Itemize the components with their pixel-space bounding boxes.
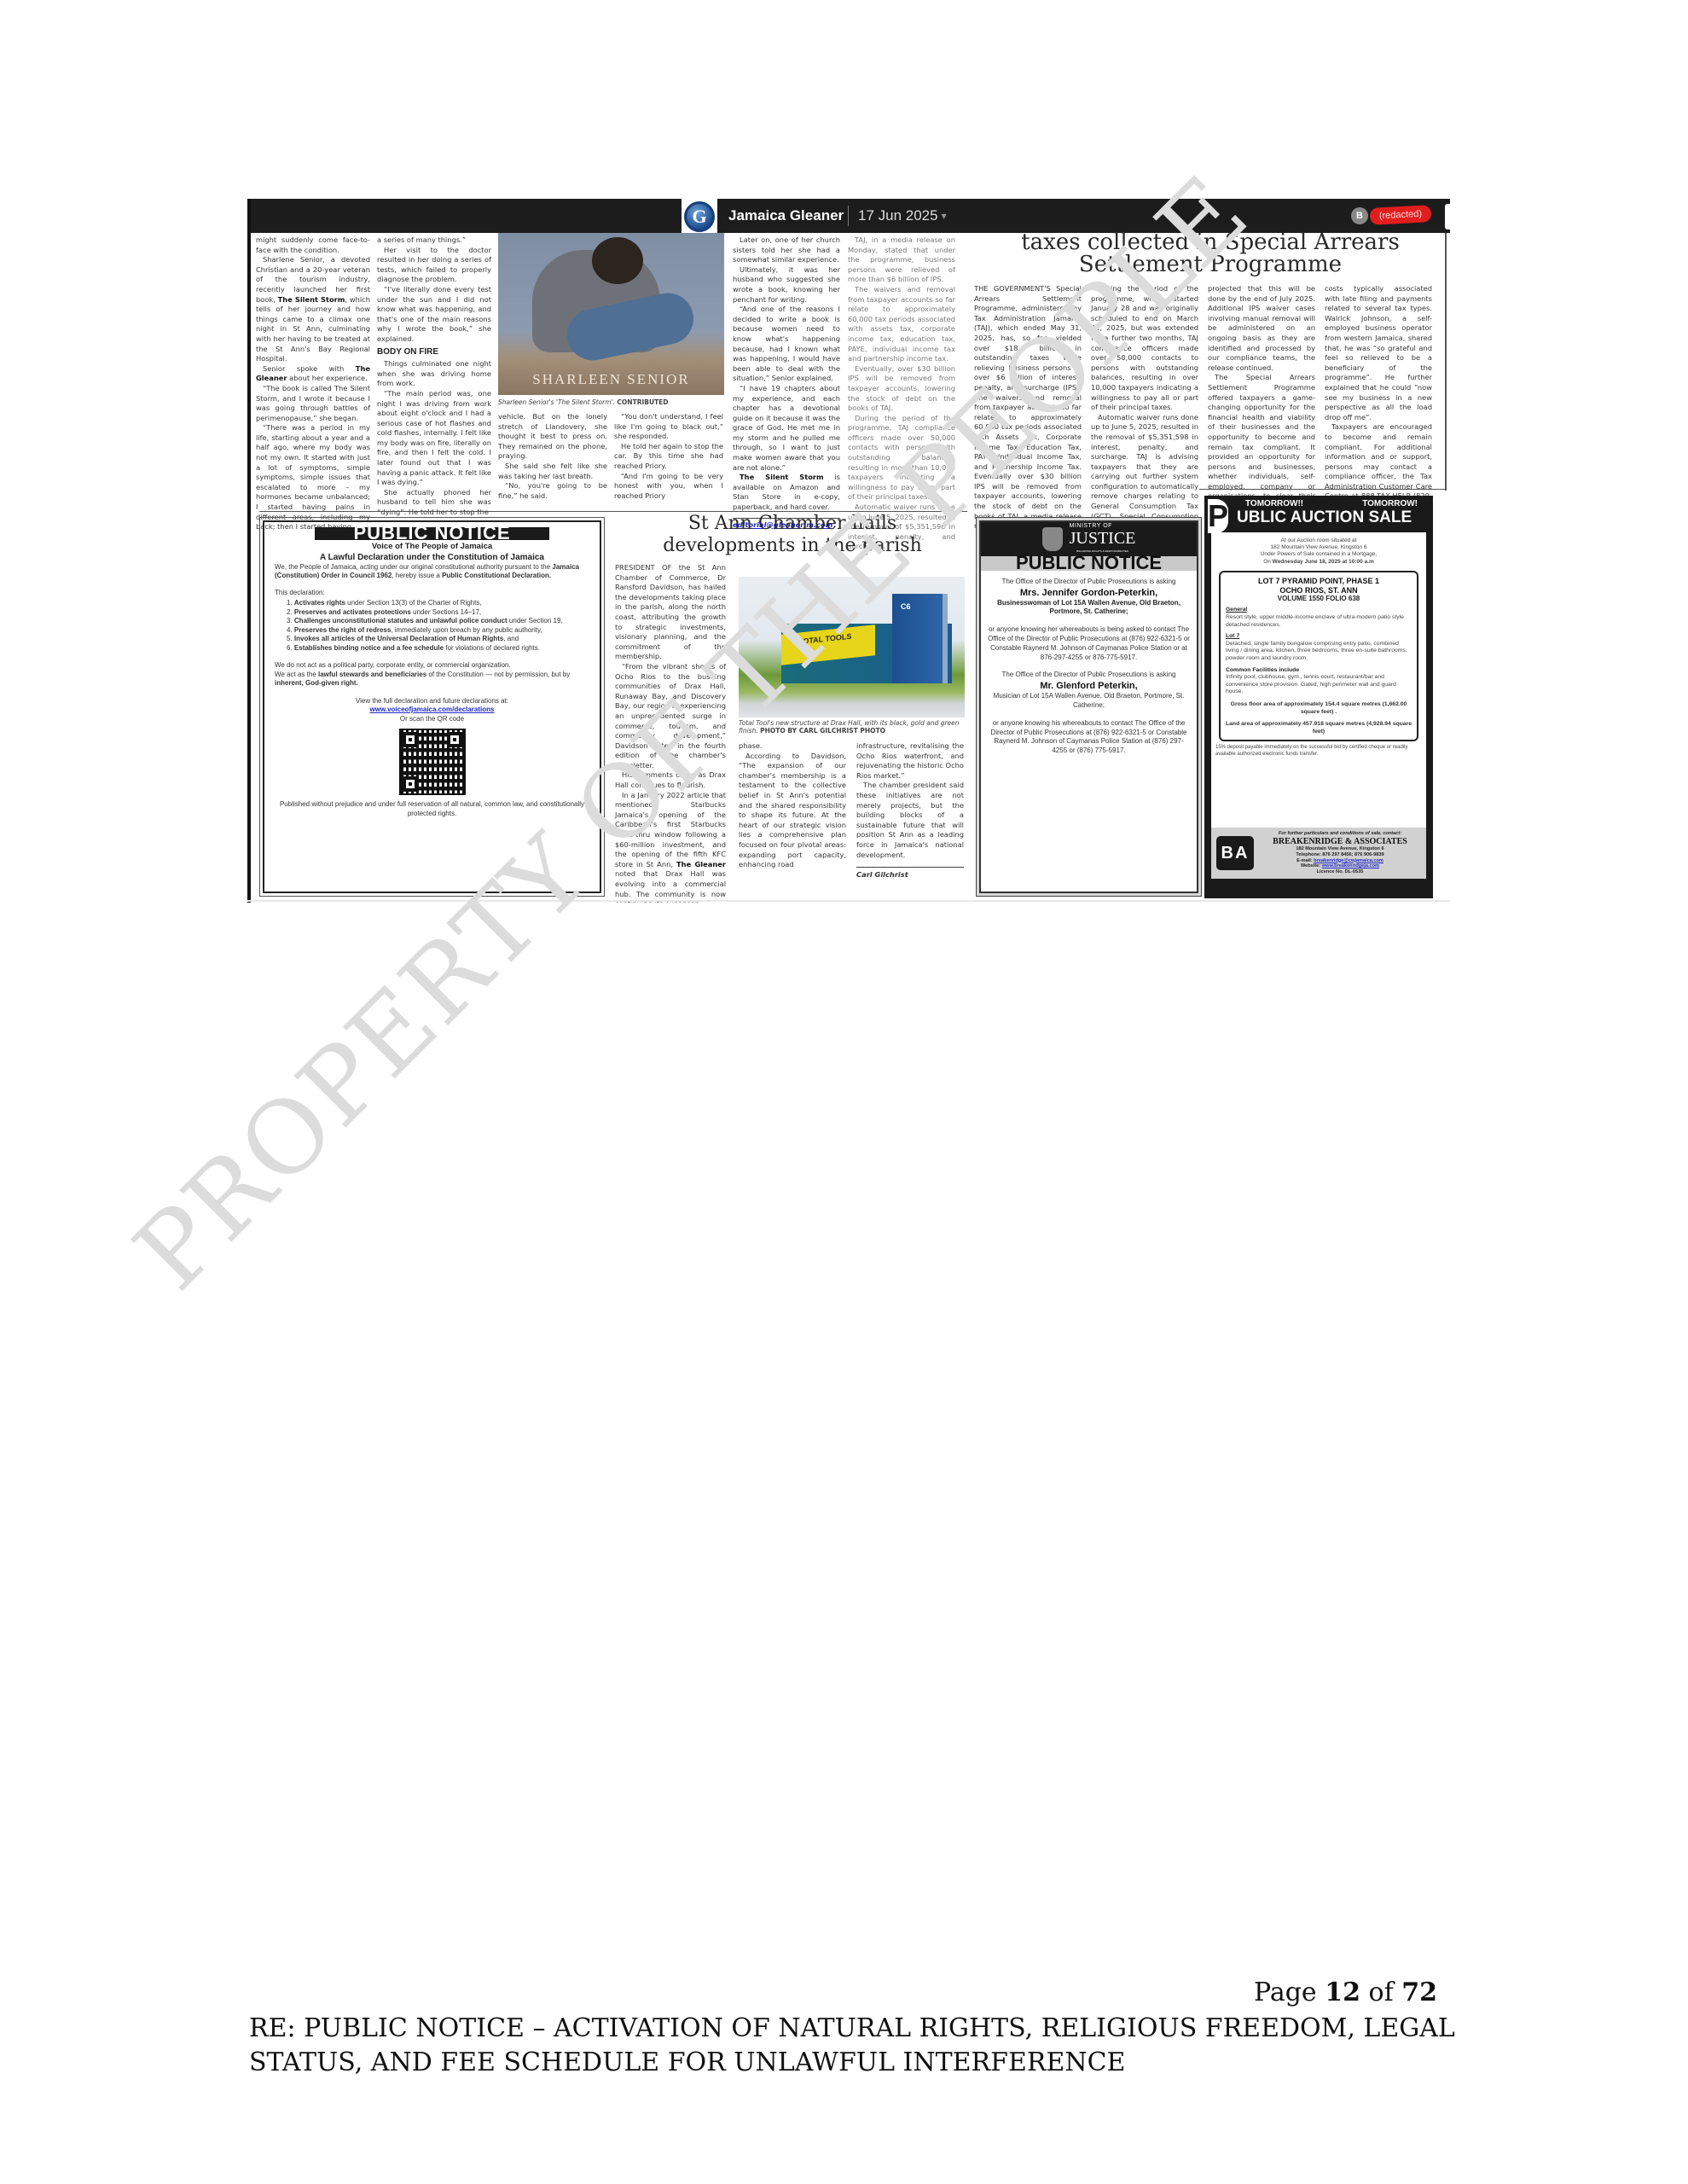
notice-subtitle: Voice of The People of Jamaica — [275, 542, 589, 552]
tax-article-continued: TAJ, in a media release on Monday, state… — [848, 235, 955, 552]
declaration-item: 2. Preserves and activates protections u… — [287, 608, 589, 618]
chamber-headline: St Ann Chamber hails developments in the… — [613, 513, 972, 557]
lot-details-box: LOT 7 PYRAMID POINT, PHASE 1 OCHO RIOS, … — [1219, 571, 1418, 742]
byline: Carl Gilchrist — [856, 867, 964, 880]
coat-of-arms-icon — [1042, 527, 1063, 551]
book-article-col2: a series of many things.” Her visit to t… — [377, 235, 491, 518]
tax-article-col2: During the period of the programme, whic… — [1091, 284, 1198, 541]
tax-article-col4: costs typically associated with late fil… — [1325, 284, 1432, 521]
qr-code-icon[interactable] — [399, 729, 466, 795]
book-photo-caption: Sharleen Senior's 'The Silent Storm'. CO… — [498, 398, 724, 406]
declaration-item: 5. Invokes all articles of the Universal… — [287, 635, 589, 644]
notice-subtitle-2: A Lawful Declaration under the Constitut… — [275, 552, 589, 563]
publication-name: Jamaica Gleaner — [728, 207, 844, 224]
divider — [259, 511, 967, 512]
wanted-person-name: Mrs. Jennifer Gordon-Peterkin, — [988, 588, 1190, 599]
logo-glyph: G — [684, 201, 715, 232]
epaper-viewer-bar: G Jamaica Gleaner 17 Jun 2025 ▾ B (redac… — [251, 199, 1450, 233]
public-auction-ad: P TOMORROW!! TOMORROW! UBLIC AUCTION SAL… — [1204, 496, 1433, 898]
auction-title: UBLIC AUCTION SALE — [1237, 508, 1426, 527]
gleaner-logo-icon[interactable]: G — [682, 199, 717, 235]
edition-date-dropdown[interactable]: 17 Jun 2025 ▾ — [858, 207, 947, 224]
total-tools-building-photo: TOTAL TOOLS C6 — [739, 577, 965, 717]
auction-dropcap: P — [1208, 499, 1228, 533]
breakenridge-logo-icon: BA — [1216, 836, 1254, 870]
divider — [247, 900, 1450, 902]
edition-date: 17 Jun 2025 — [858, 207, 938, 224]
scroll-edge — [1445, 204, 1450, 229]
divider — [848, 206, 849, 226]
declarations-link[interactable]: www.voiceofjamaica.com/declarations — [275, 706, 589, 715]
declaration-item: 1. Activates rights under Section 13(3) … — [287, 599, 589, 608]
tax-headline: taxes collected in Special Arrears Settl… — [972, 231, 1449, 276]
ministry-of-justice-notice: MINISTRY OF JUSTICE BALANCING RIGHTS & R… — [976, 517, 1202, 897]
divider — [1199, 489, 1447, 490]
declaration-list: 1. Activates rights under Section 13(3) … — [287, 599, 589, 653]
chamber-article-col1: PRESIDENT OF the St Ann Chamber of Comme… — [615, 563, 726, 903]
book-cover-title: SHARLEEN SENIOR — [498, 371, 724, 388]
subhead-body-on-fire: BODY ON FIRE — [377, 347, 491, 357]
document-footer-title: RE: PUBLIC NOTICE – ACTIVATION OF NATURA… — [249, 2012, 1460, 2080]
tax-article-col1: THE GOVERNMENT'S Special Arrears Settlem… — [974, 284, 1082, 531]
justice-wordmark: JUSTICE — [1070, 530, 1136, 547]
auctioneer-contact: BA For further particulars and condition… — [1211, 828, 1426, 879]
book-article-col5: Later on, one of her church sisters told… — [733, 235, 840, 530]
chamber-article-col3: infrastructure, revitalising the Ocho Ri… — [856, 741, 964, 880]
voice-of-people-public-notice: PUBLIC NOTICE Voice of The People of Jam… — [259, 517, 605, 897]
declaration-item: 4. Preserves the right of redress, immed… — [287, 626, 589, 636]
book-article-col1: might suddenly come face-to-face with th… — [256, 235, 370, 532]
redacted-username: (redacted) — [1370, 205, 1432, 225]
declaration-item: 6. Establishes binding notice and a fee … — [287, 644, 589, 653]
divider — [1445, 233, 1447, 491]
book-article-col3: vehicle. But on the lonely stretch of Ll… — [498, 412, 607, 501]
page-number: Page 12 of 72 — [1254, 1978, 1437, 2007]
user-avatar[interactable]: B — [1351, 207, 1368, 224]
chamber-article-col2: phase. According to Davidson, “The expan… — [739, 741, 846, 870]
book-article-col4: “You don't understand, I feel like I'm g… — [614, 412, 723, 501]
newspaper-clipping: G Jamaica Gleaner 17 Jun 2025 ▾ B (redac… — [247, 199, 1450, 903]
notice-banner: PUBLIC NOTICE — [981, 556, 1197, 571]
tax-article-col3: projected that this will be done by the … — [1208, 284, 1315, 512]
notice-banner: PUBLIC NOTICE — [315, 527, 549, 540]
chevron-down-icon: ▾ — [942, 210, 947, 222]
notice-disclaimer: Published without prejudice and under fu… — [275, 800, 589, 818]
wanted-person-name: Mr. Glenford Peterkin, — [988, 681, 1190, 692]
book-cover-photo: SHARLEEN SENIOR — [498, 233, 724, 395]
declaration-item: 3. Challenges unconstitutional statutes … — [287, 617, 589, 626]
auction-website-link[interactable]: www.breakenridgeja.com — [1322, 863, 1379, 868]
building-photo-caption: Total Tool's new structure at Drax Hall,… — [739, 719, 965, 735]
auction-email-link[interactable]: breakenridge@cwjamaica.com — [1314, 858, 1383, 863]
notice-intro: We, the People of Jamaica, acting under … — [275, 563, 589, 581]
